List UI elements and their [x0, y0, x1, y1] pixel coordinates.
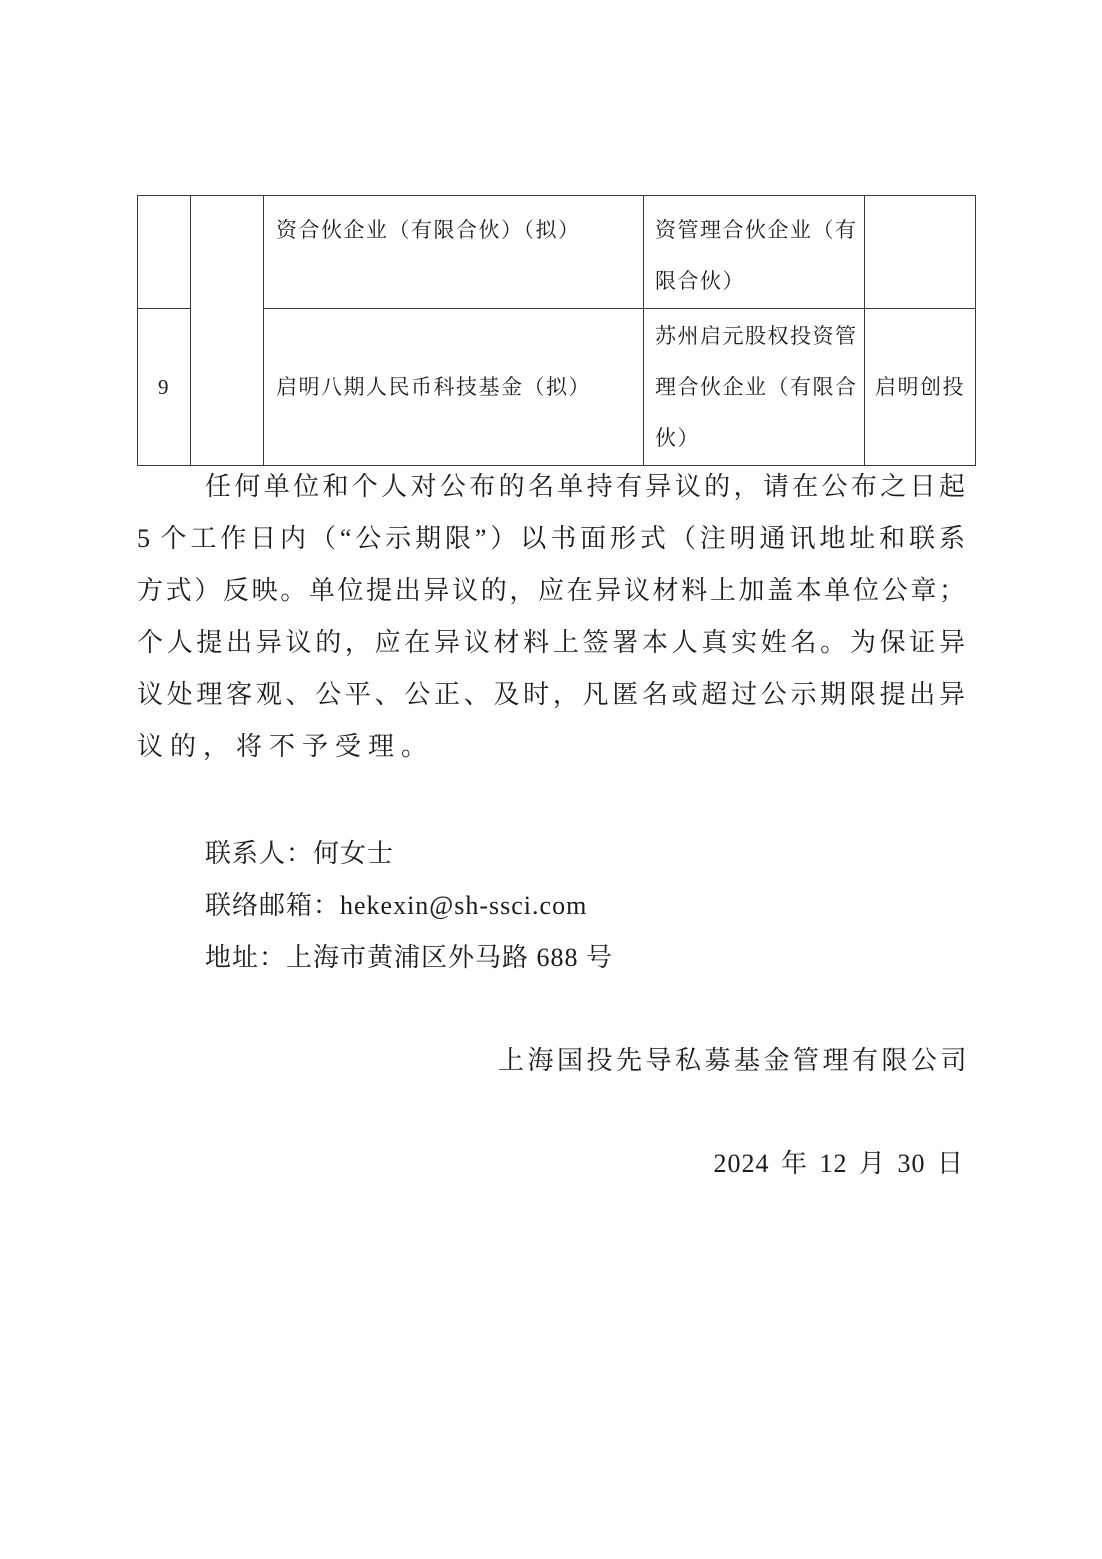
contact-person-line: 联系人：何女士 — [205, 828, 613, 880]
notice-line: 议的，将不予受理。 — [137, 721, 965, 773]
document-page: 资合伙企业（有限合伙）（拟） 资管理合伙企业（有限合伙） 9 启明八期人民币科技… — [0, 0, 1102, 1559]
contact-block: 联系人：何女士 联络邮箱：hekexin@sh-ssci.com 地址：上海市黄… — [205, 828, 613, 984]
fund-name-cell: 启明八期人民币科技基金（拟） — [264, 309, 644, 466]
row-number-cell — [138, 196, 191, 309]
fund-name-cell: 资合伙企业（有限合伙）（拟） — [264, 196, 644, 309]
table-row-9: 9 启明八期人民币科技基金（拟） 苏州启元股权投资管理合伙企业（有限合伙） 启明… — [138, 309, 976, 466]
notice-line: 个人提出异议的，应在异议材料上签署本人真实姓名。为保证异 — [137, 617, 965, 669]
manager-cell: 苏州启元股权投资管理合伙企业（有限合伙） — [644, 309, 865, 466]
notice-line: 5 个工作日内（“公示期限”）以书面形式（注明通讯地址和联系 — [137, 513, 965, 565]
notice-line: 方式）反映。单位提出异议的，应在异议材料上加盖本单位公章； — [137, 565, 965, 617]
signature-company: 上海国投先导私募基金管理有限公司 — [498, 1040, 970, 1082]
contact-email-line: 联络邮箱：hekexin@sh-ssci.com — [205, 880, 613, 932]
notice-line: 任何单位和个人对公布的名单持有异议的，请在公布之日起 — [137, 461, 965, 513]
institution-cell — [865, 196, 976, 309]
row-number-cell: 9 — [138, 309, 191, 466]
signature-date: 2024 年 12 月 30 日 — [713, 1143, 964, 1185]
manager-cell: 资管理合伙企业（有限合伙） — [644, 196, 865, 309]
notice-line: 议处理客观、公平、公正、及时，凡匿名或超过公示期限提出异 — [137, 669, 965, 721]
contact-address-line: 地址：上海市黄浦区外马路 688 号 — [205, 932, 613, 984]
table-row-continuation: 资合伙企业（有限合伙）（拟） 资管理合伙企业（有限合伙） — [138, 196, 976, 309]
objection-notice-paragraph: 任何单位和个人对公布的名单持有异议的，请在公布之日起 5 个工作日内（“公示期限… — [137, 461, 965, 773]
fund-list-table: 资合伙企业（有限合伙）（拟） 资管理合伙企业（有限合伙） 9 启明八期人民币科技… — [137, 195, 976, 466]
category-cell-merged — [191, 196, 264, 466]
institution-cell: 启明创投 — [865, 309, 976, 466]
